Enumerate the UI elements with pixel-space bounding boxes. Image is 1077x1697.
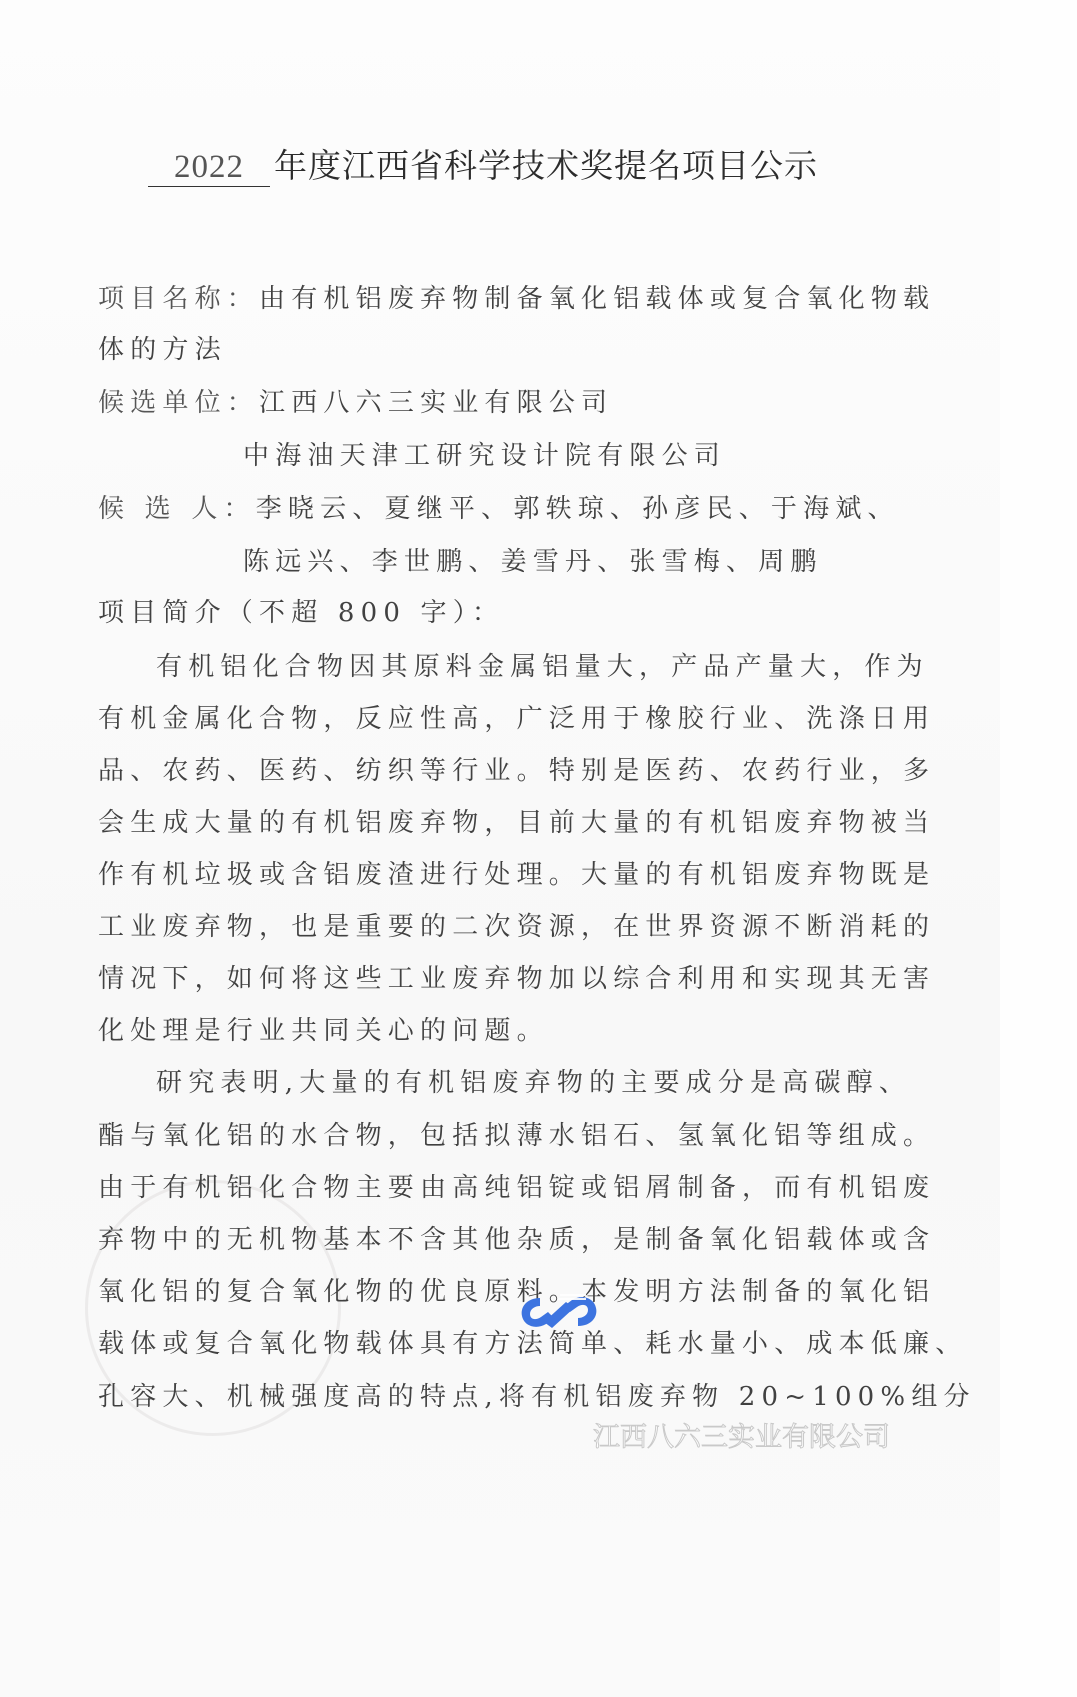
- project-name-label: 项目名称：: [98, 286, 259, 312]
- candidate-unit-1: 江西八六三实业有限公司: [259, 388, 613, 418]
- candidates-line1: 李晓云、夏继平、郭轶琼、孙彦民、于海斌、: [256, 494, 900, 524]
- paragraph1-line: 工业废弃物，也是重要的二次资源，在世界资源不断消耗的: [98, 914, 935, 940]
- infinity-link-logo-icon: [520, 1288, 598, 1336]
- page-margin: [1000, 0, 1077, 1697]
- paragraph2-line: 弃物中的无机物基本不含其他杂质，是制备氧化铝载体或含: [98, 1227, 935, 1253]
- paragraph2-line: 孔容大、机械强度高的特点,将有机铝废弃物 20~100%组分: [98, 1384, 976, 1410]
- candidate-unit-label: 候选单位：: [98, 390, 259, 416]
- paragraph1-line: 情况下，如何将这些工业废弃物加以综合利用和实现其无害: [98, 966, 935, 992]
- document-title: 2022年度江西省科学技术奖提名项目公示: [148, 140, 818, 187]
- paragraph2-line: 氧化铝的复合氧化物的优良原料。本发明方法制备的氧化铝: [98, 1279, 935, 1305]
- paragraph2-line: 酯与氧化铝的水合物，包括拟薄水铝石、氢氧化铝等组成。: [98, 1123, 935, 1149]
- candidates-label: 候 选 人：: [98, 496, 256, 522]
- paragraph1-line: 化处理是行业共同关心的问题。: [98, 1018, 549, 1044]
- candidate-unit-2: 中海油天津工研究设计院有限公司: [98, 443, 726, 469]
- candidates-row: 候 选 人：李晓云、夏继平、郭轶琼、孙彦民、于海斌、: [98, 496, 900, 522]
- paragraph2-line: 由于有机铝化合物主要由高纯铝锭或铝屑制备，而有机铝废: [98, 1175, 935, 1201]
- candidate-unit-row: 候选单位：江西八六三实业有限公司: [98, 390, 613, 416]
- paragraph2-line: 研究表明,大量的有机铝废弃物的主要成分是高碳醇、: [98, 1070, 911, 1096]
- title-year: 2022: [148, 149, 270, 187]
- paragraph1-line: 有机铝化合物因其原料金属铝量大，产品产量大，作为: [98, 654, 929, 680]
- intro-label: 项目简介（不超 800 字）：: [98, 600, 504, 626]
- candidates-line2: 陈远兴、李世鹏、姜雪丹、张雪梅、周鹏: [98, 549, 823, 575]
- paragraph1-line: 品、农药、医药、纺织等行业。特别是医药、农药行业，多: [98, 758, 935, 784]
- paragraph1-line: 作有机垃圾或含铝废渣进行处理。大量的有机铝废弃物既是: [98, 862, 935, 888]
- paragraph1-line: 会生成大量的有机铝废弃物，目前大量的有机铝废弃物被当: [98, 810, 935, 836]
- project-name-line2: 体的方法: [98, 337, 227, 363]
- company-watermark: 江西八六三实业有限公司: [593, 1415, 890, 1454]
- project-name-value: 由有机铝废弃物制备氧化铝载体或复合氧化物载: [259, 284, 935, 314]
- paragraph1-line: 有机金属化合物，反应性高，广泛用于橡胶行业、洗涤日用: [98, 706, 935, 732]
- title-text: 年度江西省科学技术奖提名项目公示: [274, 146, 818, 185]
- project-name-line1: 项目名称：由有机铝废弃物制备氧化铝载体或复合氧化物载: [98, 286, 935, 312]
